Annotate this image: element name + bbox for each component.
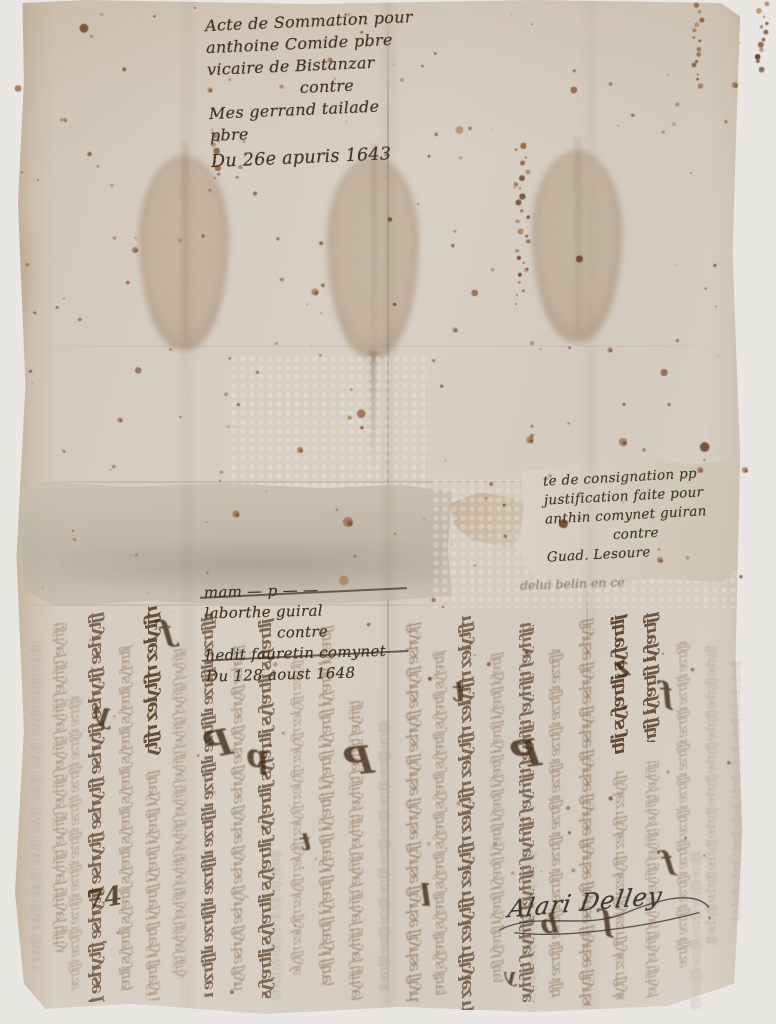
middle-docket: mam — p — —laborthe guiralcontrehedit fa… xyxy=(204,577,402,687)
manuscript-scan: te de consignation ppjustification faite… xyxy=(0,0,776,1024)
top-docket: Acte de Sommation pouranthoine Comide pb… xyxy=(205,5,450,173)
page-number-mark: 74 xyxy=(84,881,125,917)
